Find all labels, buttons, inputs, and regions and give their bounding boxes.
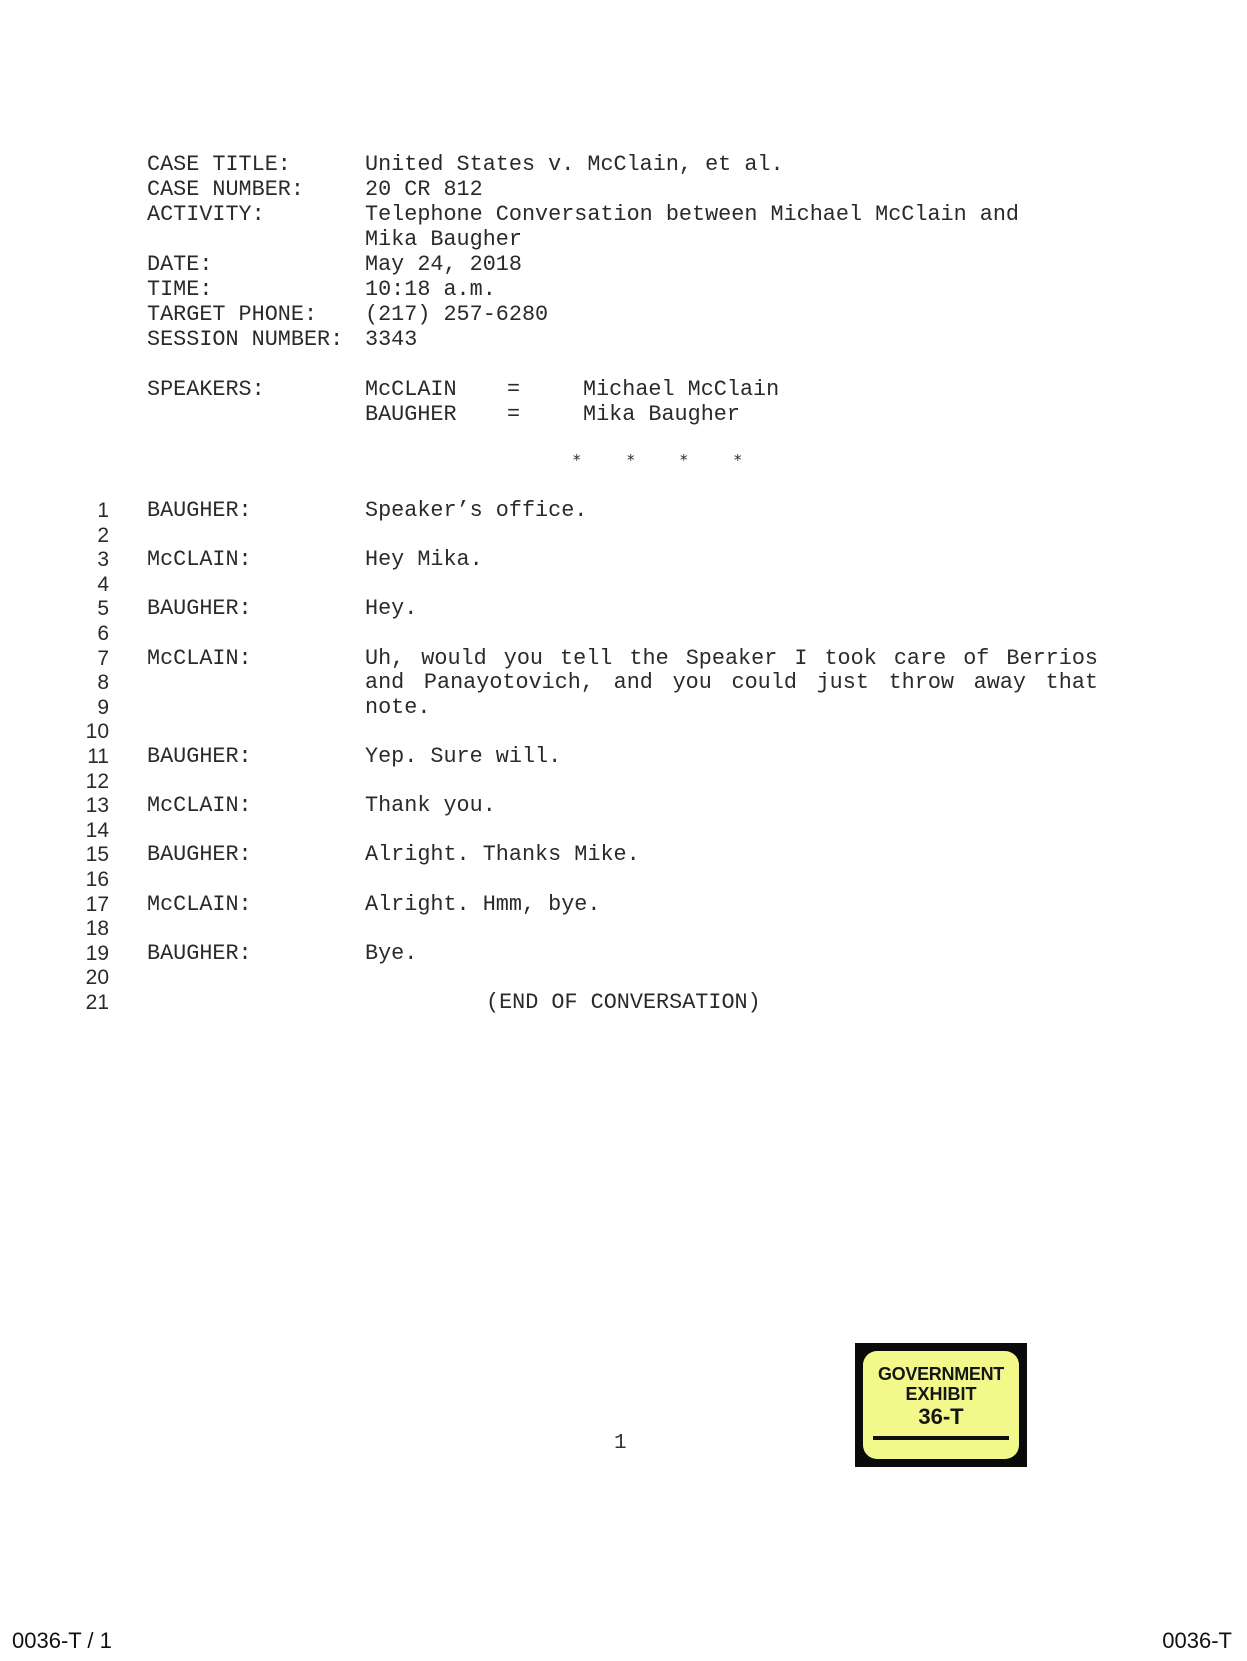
utterance: Uh, would you tell the Speaker I took ca… — [365, 647, 1098, 721]
line-number: 10 — [60, 720, 109, 745]
session-number-label: SESSION NUMBER: — [147, 328, 343, 353]
speaker-label: BAUGHER: — [147, 499, 252, 524]
case-number-value: 20 CR 812 — [365, 178, 483, 203]
line-number: 5 — [60, 597, 109, 622]
exhibit-number: 36-T — [863, 1405, 1019, 1429]
star-icon: * — [627, 451, 635, 469]
line-number: 9 — [60, 696, 109, 721]
footer-right-bates: 0036-T — [1162, 1628, 1232, 1654]
utterance: Alright. Hmm, bye. — [365, 893, 1098, 918]
time-value: 10:18 a.m. — [365, 278, 496, 303]
footer-left-bates: 0036-T / 1 — [12, 1628, 112, 1654]
exhibit-line-government: GOVERNMENT — [863, 1364, 1019, 1384]
exhibit-underline — [873, 1436, 1009, 1440]
speaker-code-baugher: BAUGHER — [365, 403, 457, 428]
utterance: Speaker’s office. — [365, 499, 1098, 524]
speaker-label: BAUGHER: — [147, 843, 252, 868]
star-icon: * — [734, 451, 742, 469]
star-icon: * — [680, 451, 688, 469]
line-number: 12 — [60, 770, 109, 795]
line-number: 19 — [60, 942, 109, 967]
case-number-label: CASE NUMBER: — [147, 178, 304, 203]
speakers-label: SPEAKERS: — [147, 378, 265, 403]
line-number: 2 — [60, 524, 109, 549]
case-title-value: United States v. McClain, et al. — [365, 153, 784, 178]
line-number: 13 — [60, 794, 109, 819]
speaker-label: McCLAIN: — [147, 647, 252, 672]
line-number: 21 — [60, 991, 109, 1016]
line-number: 1 — [60, 499, 109, 524]
exhibit-sticker-label: GOVERNMENT EXHIBIT 36-T — [863, 1351, 1019, 1459]
line-number: 16 — [60, 868, 109, 893]
utterance: Bye. — [365, 942, 1098, 967]
speaker-code-mcclain: McCLAIN — [365, 378, 457, 403]
utterance: Yep. Sure will. — [365, 745, 1098, 770]
speaker-label: McCLAIN: — [147, 893, 252, 918]
line-number: 6 — [60, 622, 109, 647]
speaker-label: McCLAIN: — [147, 794, 252, 819]
speaker-equals: = — [507, 403, 520, 428]
line-number: 17 — [60, 893, 109, 918]
speaker-equals: = — [507, 378, 520, 403]
target-phone-value: (217) 257-6280 — [365, 303, 548, 328]
line-number: 11 — [60, 745, 109, 770]
line-number: 7 — [60, 647, 109, 672]
government-exhibit-sticker: GOVERNMENT EXHIBIT 36-T — [855, 1343, 1027, 1467]
date-value: May 24, 2018 — [365, 253, 522, 278]
line-number: 8 — [60, 671, 109, 696]
time-label: TIME: — [147, 278, 212, 303]
target-phone-label: TARGET PHONE: — [147, 303, 317, 328]
star-icon: * — [573, 451, 581, 469]
speaker-label: BAUGHER: — [147, 597, 252, 622]
line-number: 20 — [60, 966, 109, 991]
utterance: Alright. Thanks Mike. — [365, 843, 1098, 868]
line-number: 18 — [60, 917, 109, 942]
line-number: 3 — [60, 548, 109, 573]
activity-value-continued: Mika Baugher — [365, 228, 522, 253]
case-title-label: CASE TITLE: — [147, 153, 291, 178]
end-of-conversation: (END OF CONVERSATION) — [486, 991, 761, 1016]
speaker-label: BAUGHER: — [147, 942, 252, 967]
page-number: 1 — [614, 1432, 627, 1455]
date-label: DATE: — [147, 253, 212, 278]
activity-label: ACTIVITY: — [147, 203, 265, 228]
exhibit-line-exhibit: EXHIBIT — [863, 1384, 1019, 1404]
line-number: 15 — [60, 843, 109, 868]
line-number: 4 — [60, 573, 109, 598]
utterance: Thank you. — [365, 794, 1098, 819]
line-number: 14 — [60, 819, 109, 844]
session-number-value: 3343 — [365, 328, 417, 353]
utterance: Hey. — [365, 597, 1098, 622]
speaker-label: BAUGHER: — [147, 745, 252, 770]
utterance: Hey Mika. — [365, 548, 1098, 573]
speaker-name-baugher: Mika Baugher — [583, 403, 740, 428]
speaker-name-mcclain: Michael McClain — [583, 378, 779, 403]
speaker-label: McCLAIN: — [147, 548, 252, 573]
activity-value: Telephone Conversation between Michael M… — [365, 203, 1019, 228]
